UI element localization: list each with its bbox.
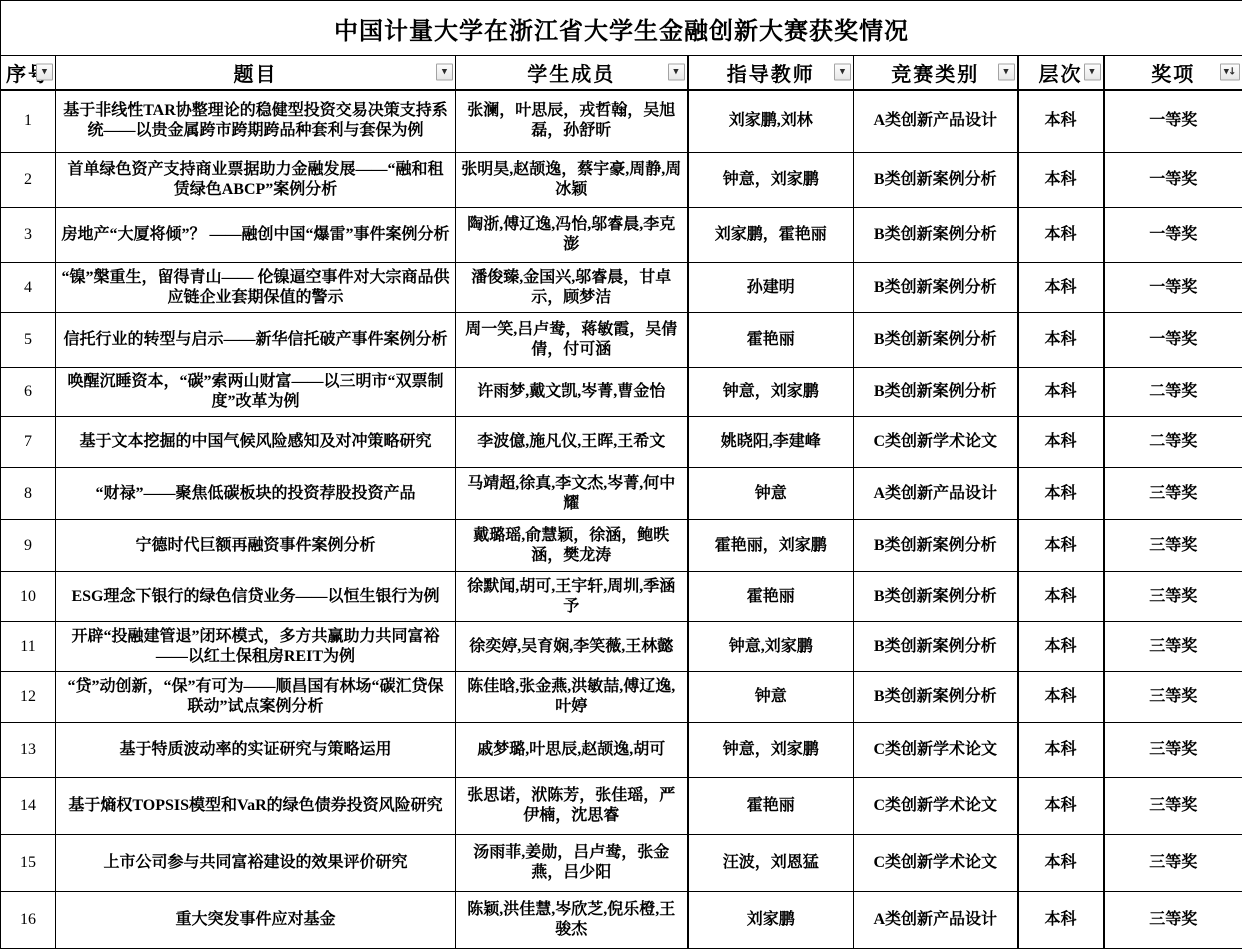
level-cell[interactable]: 本科 bbox=[1018, 892, 1104, 949]
teachers-cell[interactable]: 钟意，刘家鹏 bbox=[688, 368, 854, 417]
students-cell[interactable]: 徐奕婷,吴育娴,李笑薇,王林懿 bbox=[456, 622, 688, 672]
teachers-cell[interactable]: 钟意,刘家鹏 bbox=[688, 622, 854, 672]
table-row: 7 基于文本挖掘的中国气候风险感知及对冲策略研究 李波億,施凡仪,王晖,王希文 … bbox=[1, 417, 1242, 468]
level-cell[interactable]: 本科 bbox=[1018, 368, 1104, 417]
category-cell[interactable]: B类创新案例分析 bbox=[854, 520, 1018, 572]
category-cell[interactable]: B类创新案例分析 bbox=[854, 622, 1018, 672]
award-cell[interactable]: 三等奖 bbox=[1104, 520, 1242, 572]
no-cell[interactable]: 11 bbox=[1, 622, 56, 672]
students-cell[interactable]: 汤雨菲,姜勋，吕卢鸯，张金燕，吕少阳 bbox=[456, 835, 688, 892]
title-cell[interactable]: “镍”槃重生，留得青山—— 伦镍逼空事件对大宗商品供应链企业套期保值的警示 bbox=[56, 263, 456, 313]
students-cell[interactable]: 张思诺，洑陈芳，张佳瑶，严伊楠，沈思睿 bbox=[456, 778, 688, 835]
column-header-label: 层次 bbox=[1039, 64, 1083, 86]
category-cell[interactable]: B类创新案例分析 bbox=[854, 672, 1018, 723]
column-header-title[interactable]: 题目 ▼ bbox=[56, 56, 456, 90]
column-header-label: 奖项 bbox=[1151, 64, 1195, 86]
level-cell[interactable]: 本科 bbox=[1018, 263, 1104, 313]
no-cell[interactable]: 13 bbox=[1, 723, 56, 778]
title-cell[interactable]: “财禄”——聚焦低碳板块的投资荐股投资产品 bbox=[56, 468, 456, 520]
column-header-label: 竞赛类别 bbox=[891, 64, 979, 86]
no-cell[interactable]: 10 bbox=[1, 572, 56, 622]
teachers-cell[interactable]: 霍艳丽，刘家鹏 bbox=[688, 520, 854, 572]
column-header-label: 题目 bbox=[234, 64, 278, 86]
column-header-award[interactable]: 奖项 ▼ ↓ bbox=[1104, 56, 1242, 90]
students-cell[interactable]: 李波億,施凡仪,王晖,王希文 bbox=[456, 417, 688, 468]
teachers-cell[interactable]: 汪波，刘恩猛 bbox=[688, 835, 854, 892]
teachers-cell[interactable]: 钟意，刘家鹏 bbox=[688, 153, 854, 208]
column-header-label: 指导教师 bbox=[727, 64, 815, 86]
category-cell[interactable]: B类创新案例分析 bbox=[854, 313, 1018, 368]
no-cell[interactable]: 15 bbox=[1, 835, 56, 892]
level-cell[interactable]: 本科 bbox=[1018, 778, 1104, 835]
filter-button-level[interactable]: ▼ bbox=[1084, 64, 1101, 81]
students-cell[interactable]: 潘俊臻,金国兴,邬睿晨，甘卓示，顾梦洁 bbox=[456, 263, 688, 313]
no-cell[interactable]: 16 bbox=[1, 892, 56, 949]
category-cell[interactable]: A类创新产品设计 bbox=[854, 468, 1018, 520]
level-cell[interactable]: 本科 bbox=[1018, 572, 1104, 622]
award-cell[interactable]: 三等奖 bbox=[1104, 892, 1242, 949]
column-header-row: 序号 ▼ 题目 ▼ 学生成员 ▼ 指导教师 ▼ 竞赛类别 ▼ 层次 ▼ bbox=[1, 56, 1242, 90]
table-row: 12 “贷”动创新，“保”有可为——顺昌国有林场“碳汇贷保联动”试点案例分析 陈… bbox=[1, 672, 1242, 723]
award-table: 中国计量大学在浙江省大学生金融创新大赛获奖情况 序号 ▼ 题目 ▼ 学生成员 ▼… bbox=[0, 0, 1242, 949]
no-cell[interactable]: 6 bbox=[1, 368, 56, 417]
no-cell[interactable]: 8 bbox=[1, 468, 56, 520]
teachers-cell[interactable]: 钟意，刘家鹏 bbox=[688, 723, 854, 778]
category-cell[interactable]: C类创新学术论文 bbox=[854, 835, 1018, 892]
table-row: 3 房地产“大厦将倾”？ ——融创中国“爆雷”事件案例分析 陶浙,傅辽逸,冯怡,… bbox=[1, 208, 1242, 263]
filter-button-title[interactable]: ▼ bbox=[436, 64, 453, 81]
level-cell[interactable]: 本科 bbox=[1018, 208, 1104, 263]
table-row: 13 基于特质波动率的实证研究与策略运用 戚梦璐,叶思辰,赵颉逸,胡可 钟意，刘… bbox=[1, 723, 1242, 778]
no-cell[interactable]: 3 bbox=[1, 208, 56, 263]
teachers-cell[interactable]: 钟意 bbox=[688, 672, 854, 723]
teachers-cell[interactable]: 刘家鹏 bbox=[688, 892, 854, 949]
column-header-label: 学生成员 bbox=[527, 64, 615, 86]
no-cell[interactable]: 1 bbox=[1, 90, 56, 153]
award-cell[interactable]: 三等奖 bbox=[1104, 468, 1242, 520]
students-cell[interactable]: 周一笑,吕卢鸯，蒋敏霞，吴倩倩，付可涵 bbox=[456, 313, 688, 368]
level-cell[interactable]: 本科 bbox=[1018, 520, 1104, 572]
category-cell[interactable]: C类创新学术论文 bbox=[854, 723, 1018, 778]
category-cell[interactable]: A类创新产品设计 bbox=[854, 90, 1018, 153]
table-row: 8 “财禄”——聚焦低碳板块的投资荐股投资产品 马靖超,徐真,李文杰,岑菁,何中… bbox=[1, 468, 1242, 520]
award-cell[interactable]: 三等奖 bbox=[1104, 778, 1242, 835]
title-cell[interactable]: 上市公司参与共同富裕建设的效果评价研究 bbox=[56, 835, 456, 892]
category-cell[interactable]: B类创新案例分析 bbox=[854, 572, 1018, 622]
filter-button-teachers[interactable]: ▼ bbox=[834, 64, 851, 81]
filter-button-category[interactable]: ▼ bbox=[998, 64, 1015, 81]
award-cell[interactable]: 三等奖 bbox=[1104, 723, 1242, 778]
category-cell[interactable]: B类创新案例分析 bbox=[854, 153, 1018, 208]
chevron-down-icon: ▼ bbox=[840, 69, 845, 76]
chevron-down-icon: ▼ bbox=[42, 69, 47, 76]
category-cell[interactable]: C类创新学术论文 bbox=[854, 417, 1018, 468]
column-header-teachers[interactable]: 指导教师 ▼ bbox=[688, 56, 854, 90]
category-cell[interactable]: C类创新学术论文 bbox=[854, 778, 1018, 835]
table-row: 16 重大突发事件应对基金 陈颖,洪佳慧,岑欣芝,倪乐橙,王骏杰 刘家鹏 A类创… bbox=[1, 892, 1242, 949]
table-row: 15 上市公司参与共同富裕建设的效果评价研究 汤雨菲,姜勋，吕卢鸯，张金燕，吕少… bbox=[1, 835, 1242, 892]
title-cell[interactable]: 重大突发事件应对基金 bbox=[56, 892, 456, 949]
title-cell[interactable]: 基于特质波动率的实证研究与策略运用 bbox=[56, 723, 456, 778]
award-cell[interactable]: 三等奖 bbox=[1104, 572, 1242, 622]
page-title: 中国计量大学在浙江省大学生金融创新大赛获奖情况 bbox=[1, 1, 1242, 56]
award-cell[interactable]: 三等奖 bbox=[1104, 672, 1242, 723]
level-cell[interactable]: 本科 bbox=[1018, 313, 1104, 368]
title-cell[interactable]: 开辟“投融建管退”闭环模式，多方共赢助力共同富裕——以红土保租房REIT为例 bbox=[56, 622, 456, 672]
no-cell[interactable]: 4 bbox=[1, 263, 56, 313]
chevron-down-icon: ▼ bbox=[1003, 69, 1008, 76]
filter-button-no[interactable]: ▼ bbox=[36, 64, 53, 81]
column-header-level[interactable]: 层次 ▼ bbox=[1018, 56, 1104, 90]
title-cell[interactable]: 基于非线性TAR协整理论的稳健型投资交易决策支持系统——以贵金属跨市跨期跨品种套… bbox=[56, 90, 456, 153]
level-cell[interactable]: 本科 bbox=[1018, 622, 1104, 672]
students-cell[interactable]: 戴璐瑶,俞慧颖，徐涵，鲍昳涵，樊龙涛 bbox=[456, 520, 688, 572]
level-cell[interactable]: 本科 bbox=[1018, 417, 1104, 468]
title-cell[interactable]: 首单绿色资产支持商业票据助力金融发展——“融和租赁绿色ABCP”案例分析 bbox=[56, 153, 456, 208]
column-header-category[interactable]: 竞赛类别 ▼ bbox=[854, 56, 1018, 90]
students-cell[interactable]: 陶浙,傅辽逸,冯怡,邬睿晨,李克澎 bbox=[456, 208, 688, 263]
students-cell[interactable]: 许雨梦,戴文凯,岑菁,曹金怡 bbox=[456, 368, 688, 417]
teachers-cell[interactable]: 刘家鹏,刘林 bbox=[688, 90, 854, 153]
table-row: 1 基于非线性TAR协整理论的稳健型投资交易决策支持系统——以贵金属跨市跨期跨品… bbox=[1, 90, 1242, 153]
teachers-cell[interactable]: 霍艳丽 bbox=[688, 313, 854, 368]
column-header-no[interactable]: 序号 ▼ bbox=[1, 56, 56, 90]
category-cell[interactable]: B类创新案例分析 bbox=[854, 263, 1018, 313]
table-row: 14 基于熵权TOPSIS模型和VaR的绿色债券投资风险研究 张思诺，洑陈芳，张… bbox=[1, 778, 1242, 835]
award-cell[interactable]: 一等奖 bbox=[1104, 90, 1242, 153]
title-cell[interactable]: 唤醒沉睡资本，“碳”索两山财富——以三明市“双票制度”改革为例 bbox=[56, 368, 456, 417]
level-cell[interactable]: 本科 bbox=[1018, 723, 1104, 778]
award-cell[interactable]: 一等奖 bbox=[1104, 208, 1242, 263]
title-cell[interactable]: “贷”动创新，“保”有可为——顺昌国有林场“碳汇贷保联动”试点案例分析 bbox=[56, 672, 456, 723]
sort-descending-icon: ↓ bbox=[1228, 67, 1236, 77]
title-cell[interactable]: 房地产“大厦将倾”？ ——融创中国“爆雷”事件案例分析 bbox=[56, 208, 456, 263]
teachers-cell[interactable]: 孙建明 bbox=[688, 263, 854, 313]
no-cell[interactable]: 14 bbox=[1, 778, 56, 835]
teachers-cell[interactable]: 刘家鹏，霍艳丽 bbox=[688, 208, 854, 263]
filter-button-award[interactable]: ▼ ↓ bbox=[1220, 64, 1240, 81]
filter-button-students[interactable]: ▼ bbox=[668, 64, 685, 81]
award-cell[interactable]: 二等奖 bbox=[1104, 417, 1242, 468]
teachers-cell[interactable]: 姚晓阳,李建峰 bbox=[688, 417, 854, 468]
title-cell[interactable]: 基于文本挖掘的中国气候风险感知及对冲策略研究 bbox=[56, 417, 456, 468]
level-cell[interactable]: 本科 bbox=[1018, 835, 1104, 892]
students-cell[interactable]: 张澜，叶思辰，戎哲翰，吴旭磊，孙舒昕 bbox=[456, 90, 688, 153]
category-cell[interactable]: B类创新案例分析 bbox=[854, 208, 1018, 263]
students-cell[interactable]: 戚梦璐,叶思辰,赵颉逸,胡可 bbox=[456, 723, 688, 778]
category-cell[interactable]: B类创新案例分析 bbox=[854, 368, 1018, 417]
level-cell[interactable]: 本科 bbox=[1018, 468, 1104, 520]
level-cell[interactable]: 本科 bbox=[1018, 153, 1104, 208]
award-cell[interactable]: 三等奖 bbox=[1104, 622, 1242, 672]
no-cell[interactable]: 2 bbox=[1, 153, 56, 208]
table-row: 9 宁德时代巨额再融资事件案例分析 戴璐瑶,俞慧颖，徐涵，鲍昳涵，樊龙涛 霍艳丽… bbox=[1, 520, 1242, 572]
award-cell[interactable]: 二等奖 bbox=[1104, 368, 1242, 417]
title-cell[interactable]: 宁德时代巨额再融资事件案例分析 bbox=[56, 520, 456, 572]
category-cell[interactable]: A类创新产品设计 bbox=[854, 892, 1018, 949]
title-cell[interactable]: 信托行业的转型与启示——新华信托破产事件案例分析 bbox=[56, 313, 456, 368]
table-row: 6 唤醒沉睡资本，“碳”索两山财富——以三明市“双票制度”改革为例 许雨梦,戴文… bbox=[1, 368, 1242, 417]
title-cell[interactable]: ESG理念下银行的绿色信贷业务——以恒生银行为例 bbox=[56, 572, 456, 622]
level-cell[interactable]: 本科 bbox=[1018, 672, 1104, 723]
students-cell[interactable]: 陈佳晗,张金燕,洪敏喆,傅辽逸,叶婷 bbox=[456, 672, 688, 723]
title-cell[interactable]: 基于熵权TOPSIS模型和VaR的绿色债券投资风险研究 bbox=[56, 778, 456, 835]
award-cell[interactable]: 一等奖 bbox=[1104, 263, 1242, 313]
award-cell[interactable]: 三等奖 bbox=[1104, 835, 1242, 892]
table-row: 5 信托行业的转型与启示——新华信托破产事件案例分析 周一笑,吕卢鸯，蒋敏霞，吴… bbox=[1, 313, 1242, 368]
column-header-students[interactable]: 学生成员 ▼ bbox=[456, 56, 688, 90]
table-row: 2 首单绿色资产支持商业票据助力金融发展——“融和租赁绿色ABCP”案例分析 张… bbox=[1, 153, 1242, 208]
award-cell[interactable]: 一等奖 bbox=[1104, 313, 1242, 368]
chevron-down-icon: ▼ bbox=[673, 69, 678, 76]
chevron-down-icon: ▼ bbox=[442, 69, 447, 76]
level-cell[interactable]: 本科 bbox=[1018, 90, 1104, 153]
teachers-cell[interactable]: 霍艳丽 bbox=[688, 572, 854, 622]
award-cell[interactable]: 一等奖 bbox=[1104, 153, 1242, 208]
students-cell[interactable]: 张明昊,赵颉逸，蔡宇豪,周静,周冰颖 bbox=[456, 153, 688, 208]
students-cell[interactable]: 陈颖,洪佳慧,岑欣芝,倪乐橙,王骏杰 bbox=[456, 892, 688, 949]
no-cell[interactable]: 7 bbox=[1, 417, 56, 468]
teachers-cell[interactable]: 钟意 bbox=[688, 468, 854, 520]
no-cell[interactable]: 5 bbox=[1, 313, 56, 368]
table-row: 11 开辟“投融建管退”闭环模式，多方共赢助力共同富裕——以红土保租房REIT为… bbox=[1, 622, 1242, 672]
table-row: 10 ESG理念下银行的绿色信贷业务——以恒生银行为例 徐默闻,胡可,王宇轩,周… bbox=[1, 572, 1242, 622]
students-cell[interactable]: 徐默闻,胡可,王宇轩,周圳,季涵予 bbox=[456, 572, 688, 622]
students-cell[interactable]: 马靖超,徐真,李文杰,岑菁,何中耀 bbox=[456, 468, 688, 520]
teachers-cell[interactable]: 霍艳丽 bbox=[688, 778, 854, 835]
chevron-down-icon: ▼ bbox=[1089, 69, 1094, 76]
no-cell[interactable]: 9 bbox=[1, 520, 56, 572]
title-row: 中国计量大学在浙江省大学生金融创新大赛获奖情况 bbox=[1, 1, 1242, 56]
table-row: 4 “镍”槃重生，留得青山—— 伦镍逼空事件对大宗商品供应链企业套期保值的警示 … bbox=[1, 263, 1242, 313]
no-cell[interactable]: 12 bbox=[1, 672, 56, 723]
